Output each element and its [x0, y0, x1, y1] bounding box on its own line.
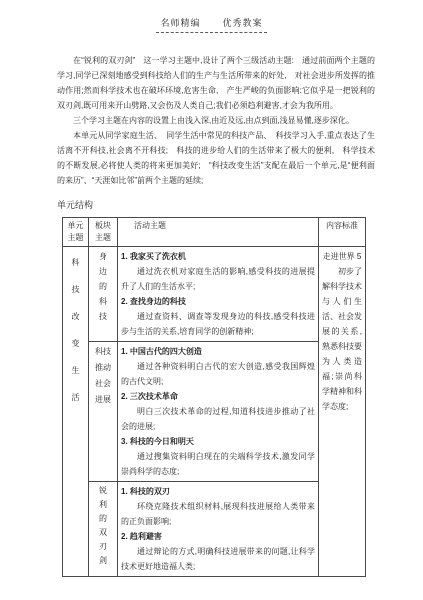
- unit-structure-table: 单元主题 板块主题 活动主题 内容标准 科技改变生活 身边的科技 1. 我家买了…: [62, 217, 366, 577]
- intro-paragraph-1: 在“锐利的双刃剑” 这一学习主题中,设计了两个三级活动主题: 通过前面两个主题的…: [57, 53, 375, 113]
- activity-desc: 通过各种资料明白古代的宏大创造,感受我国辉煌的古代文明;: [121, 359, 315, 389]
- block-theme-text: 锐利的双刃剑: [98, 484, 108, 568]
- watermark-right: 优秀教案: [223, 18, 263, 28]
- intro-section: 在“锐利的双刃剑” 这一学习主题中,设计了两个三级活动主题: 通过前面两个主题的…: [57, 53, 375, 188]
- block-theme-cell: 科技推动社会进展: [89, 342, 118, 482]
- activities-cell: 1. 我家买了洗衣机 通过洗衣机对家庭生活的影响,感受科技的进展提升了人们的生活…: [118, 247, 319, 342]
- table-header-row: 单元主题 板块主题 活动主题 内容标准: [63, 218, 366, 247]
- activity-title: 2. 查找身边的科技: [121, 294, 315, 309]
- activity-title: 1. 中国古代的四大创造: [121, 344, 315, 359]
- content-standard-cell: 走进世界 5 初步了解科学技术与人们生活、社会发展的关系,熟悉科技要为人类造福;…: [319, 247, 366, 577]
- activity-desc: 通过查资料、调查等发现身边的科技,感受科技进步与生活的关系,培育同学的创新精神;: [121, 309, 315, 339]
- activity-desc: 通过辩论的方式,明确科技进展带来的问题,让科学技术更好地造福人类;: [121, 544, 315, 574]
- activity-title: 1. 我家买了洗衣机: [121, 249, 315, 264]
- activity-title: 3. 科技的今日和明天: [121, 434, 315, 449]
- activity: 3. 科技的今日和明天 通过搜集资料明白现在的尖端科学技术,激发同学崇尚科学的态…: [121, 434, 315, 479]
- table-row: 科技改变生活 身边的科技 1. 我家买了洗衣机 通过洗衣机对家庭生活的影响,感受…: [63, 247, 366, 342]
- content-standard-text: 初步了解科学技术与人们生活、社会发展的关系,熟悉科技要为人类造福;崇尚科学精神和…: [322, 264, 362, 414]
- watermark-left: 名师精编: [160, 18, 200, 28]
- watermark-title: 名师精编优秀教案: [156, 16, 266, 33]
- block-theme-text: 科技推动社会进展: [94, 344, 112, 408]
- intro-paragraph-3: 本单元从同学家庭生活、 同学生活中常见的科技产品、 科技学习入手,重点表达了生活…: [57, 128, 375, 188]
- activity: 2. 趋利避害 通过辩论的方式,明确科技进展带来的问题,让科学技术更好地造福人类…: [121, 529, 315, 574]
- document-page: 名师精编优秀教案 在“锐利的双刃剑” 这一学习主题中,设计了两个三级活动主题: …: [0, 0, 423, 600]
- activity: 2. 查找身边的科技 通过查资料、调查等发现身边的科技,感受科技进步与生活的关系…: [121, 294, 315, 339]
- activity-desc: 环绕克隆技术组织材料,展现科技进展给人类带来的正负面影响;: [121, 499, 315, 529]
- activity: 2. 三次技术革命 明白三次技术革命的过程,知道科技进步推动了社会的进展;: [121, 389, 315, 434]
- block-theme-text: 身边的科技: [98, 249, 108, 324]
- activity-title: 2. 三次技术革命: [121, 389, 315, 404]
- activities-cell: 1. 中国古代的四大创造 通过各种资料明白古代的宏大创造,感受我国辉煌的古代文明…: [118, 342, 319, 482]
- block-theme-cell: 身边的科技: [89, 247, 118, 342]
- activity-desc: 通过洗衣机对家庭生活的影响,感受科技的进展提升了人们的生活水平;: [121, 264, 315, 294]
- col-header-activity-theme: 活动主题: [118, 218, 319, 247]
- activity-desc: 通过搜集资料明白现在的尖端科学技术,激发同学崇尚科学的态度;: [121, 449, 315, 479]
- unit-theme-text: 科技改变生活: [71, 249, 81, 411]
- col-header-block-theme: 板块主题: [89, 218, 118, 247]
- activity-desc: 明白三次技术革命的过程,知道科技进步推动了社会的进展;: [121, 404, 315, 434]
- col-header-unit-theme: 单元主题: [63, 218, 89, 247]
- page-header: 名师精编优秀教案: [0, 13, 423, 33]
- activity-title: 1. 科技的双刃: [121, 484, 315, 499]
- intro-paragraph-2: 三个学习主题在内容的设置上由浅入深,由近及远,由点到面,浅显易懂,逐步深化。: [57, 113, 375, 128]
- activity: 1. 我家买了洗衣机 通过洗衣机对家庭生活的影响,感受科技的进展提升了人们的生活…: [121, 249, 315, 294]
- unit-theme-cell: 科技改变生活: [63, 247, 89, 577]
- block-theme-cell: 锐利的双刃剑: [89, 482, 118, 577]
- activities-cell: 1. 科技的双刃 环绕克隆技术组织材料,展现科技进展给人类带来的正负面影响; 2…: [118, 482, 319, 577]
- section-title: 单元结构: [57, 198, 423, 211]
- activity-title: 2. 趋利避害: [121, 529, 315, 544]
- activity: 1. 中国古代的四大创造 通过各种资料明白古代的宏大创造,感受我国辉煌的古代文明…: [121, 344, 315, 389]
- activity: 1. 科技的双刃 环绕克隆技术组织材料,展现科技进展给人类带来的正负面影响;: [121, 484, 315, 529]
- col-header-content-standard: 内容标准: [319, 218, 366, 247]
- content-standard-label: 走进世界 5: [322, 249, 362, 264]
